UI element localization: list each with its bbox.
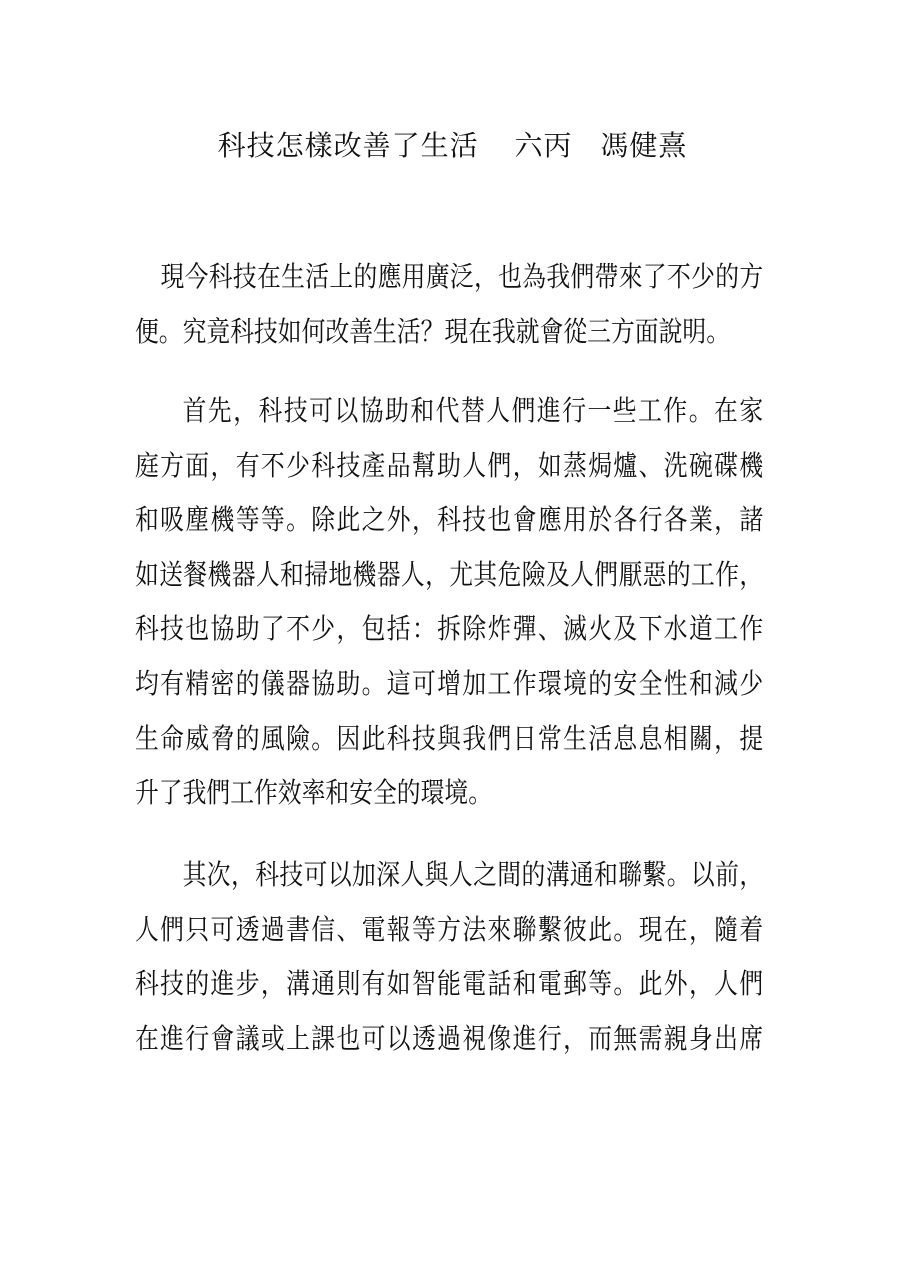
text-line: 科技的進步，溝通則有如智能電話和電郵等。此外，人們 <box>135 957 763 1012</box>
paragraph-second-point: 其次，科技可以加深人與人之間的溝通和聯繫。以前， 人們只可透過書信、電報等方法來… <box>135 848 763 1066</box>
text-line: 人們只可透過書信、電報等方法來聯繫彼此。現在，隨着 <box>135 903 763 958</box>
text-line: 首先，科技可以協助和代替人們進行一些工作。在家 <box>135 384 763 439</box>
text-line: 科技也協助了不少，包括：拆除炸彈、滅火及下水道工作 <box>135 602 763 657</box>
document-title: 科技怎樣改善了生活 <box>218 126 479 166</box>
paragraph-first-point: 首先，科技可以協助和代替人們進行一些工作。在家 庭方面，有不少科技產品幫助人們，… <box>135 384 763 821</box>
document-author-name: 馮健熹 <box>600 126 687 166</box>
document-class-name: 六丙 <box>514 126 572 166</box>
text-line: 和吸塵機等等。除此之外，科技也會應用於各行各業，諸 <box>135 493 763 548</box>
text-line: 在進行會議或上課也可以透過視像進行，而無需親身出席 <box>135 1012 763 1067</box>
text-line: 如送餐機器人和掃地機器人，尤其危險及人們厭惡的工作， <box>135 548 763 603</box>
paragraph-intro: 現今科技在生活上的應用廣泛，也為我們帶來了不少的方 便。究竟科技如何改善生活？現… <box>135 250 763 359</box>
text-line: 生命威脅的風險。因此科技與我們日常生活息息相關，提 <box>135 712 763 767</box>
text-line: 均有精密的儀器協助。這可增加工作環境的安全性和減少 <box>135 657 763 712</box>
text-line: 其次，科技可以加深人與人之間的溝通和聯繫。以前， <box>135 848 763 903</box>
text-line: 升了我們工作效率和安全的環境。 <box>135 766 763 821</box>
text-line: 庭方面，有不少科技產品幫助人們，如蒸焗爐、洗碗碟機 <box>135 439 763 494</box>
text-line: 現今科技在生活上的應用廣泛，也為我們帶來了不少的方 <box>135 250 763 305</box>
text-line: 便。究竟科技如何改善生活？現在我就會從三方面說明。 <box>135 305 763 360</box>
document-body: 現今科技在生活上的應用廣泛，也為我們帶來了不少的方 便。究竟科技如何改善生活？現… <box>135 250 763 1066</box>
document-page: 科技怎樣改善了生活 六丙 馮健熹 現今科技在生活上的應用廣泛，也為我們帶來了不少… <box>0 0 905 1280</box>
document-title-row: 科技怎樣改善了生活 六丙 馮健熹 <box>0 126 905 166</box>
